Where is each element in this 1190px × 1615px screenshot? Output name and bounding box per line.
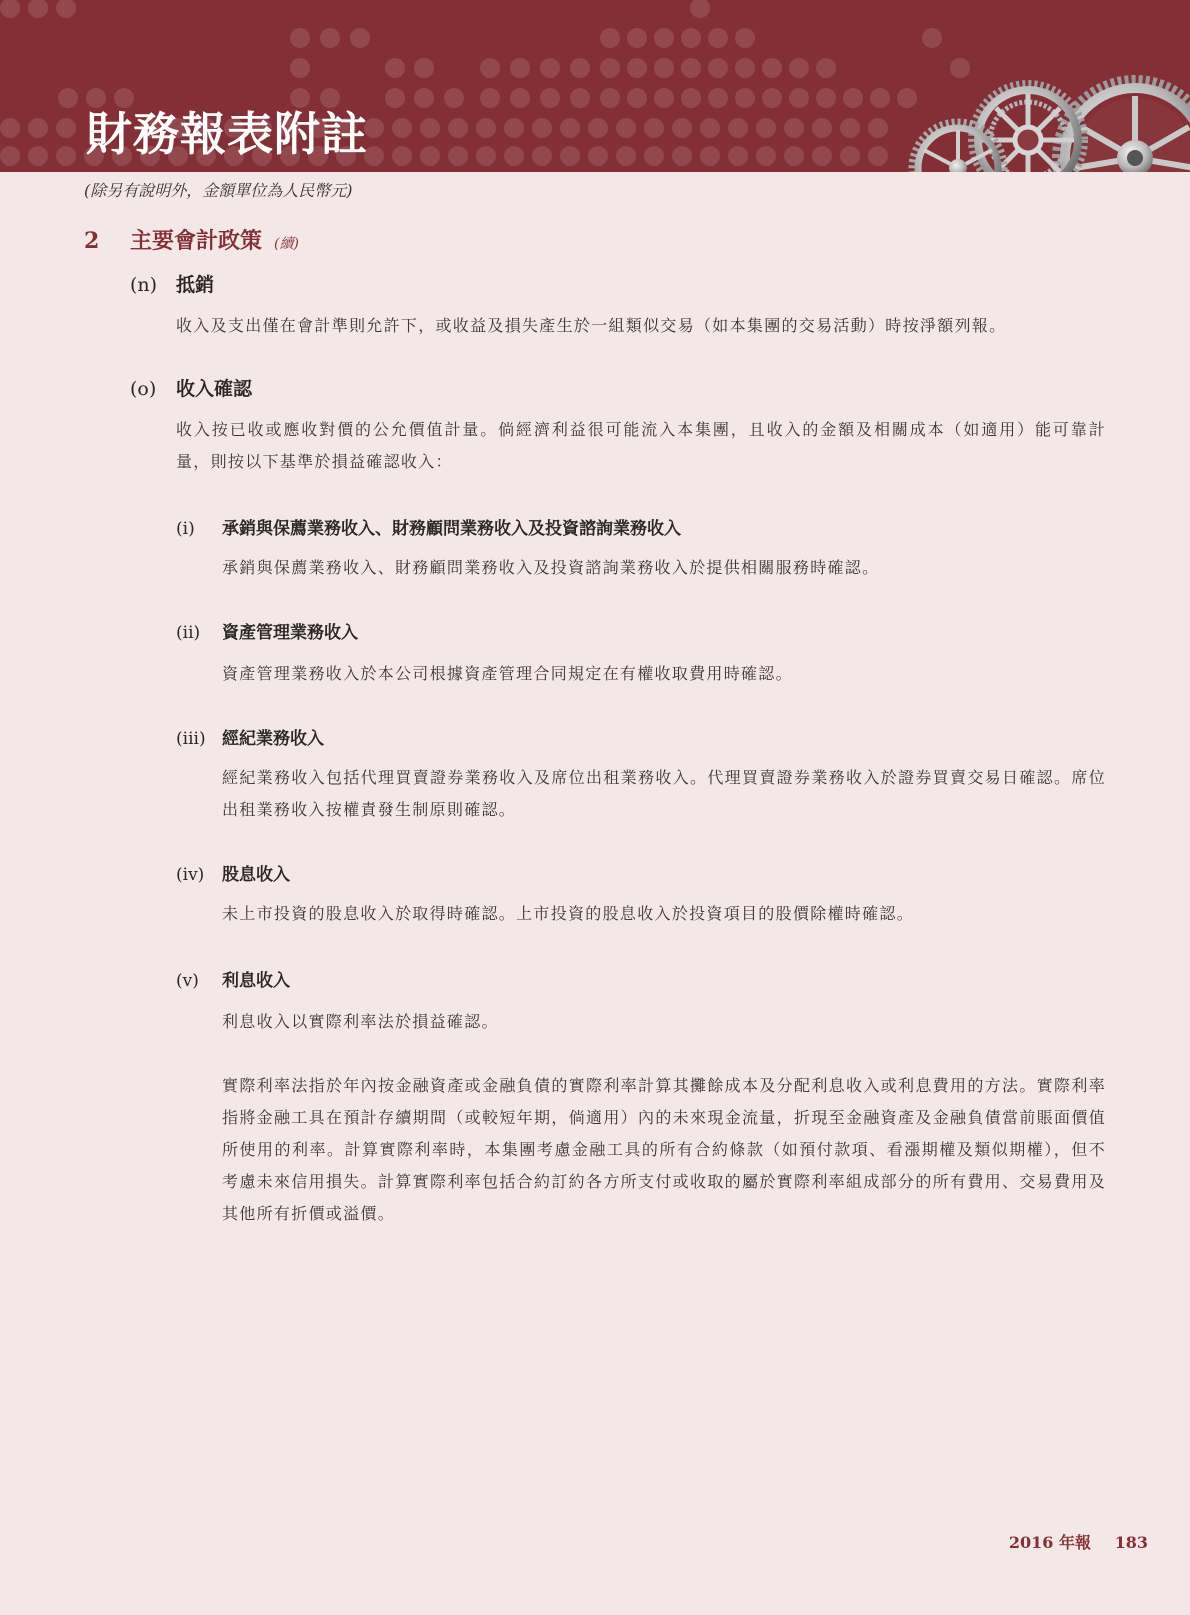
subsection-label: (n) [130, 274, 176, 296]
paragraph: 收入及支出僅在會計準則允許下，或收益及損失產生於一組類似交易（如本集團的交易活動… [176, 310, 1116, 342]
page-number: 183 [1115, 1533, 1148, 1552]
item-heading-v: (v) 利息收入 [176, 966, 290, 991]
item-title: 資產管理業務收入 [222, 618, 358, 643]
paragraph: 經紀業務收入包括代理買賣證券業務收入及席位出租業務收入。代理買賣證券業務收入於證… [222, 762, 1106, 826]
currency-unit-note: (除另有說明外，金額單位為人民幣元) [84, 178, 353, 201]
header-banner: 財務報表附註 [0, 0, 1190, 172]
item-label: (iv) [176, 865, 222, 885]
item-label: (v) [176, 971, 222, 991]
item-title: 股息收入 [222, 860, 290, 885]
page-title: 財務報表附註 [86, 104, 368, 164]
report-name: 2016 年報 [1009, 1533, 1091, 1552]
page-footer: 2016 年報 183 [1009, 1530, 1148, 1553]
subsection-title: 收入確認 [176, 374, 252, 401]
item-heading-iv: (iv) 股息收入 [176, 860, 290, 885]
item-label: (ii) [176, 623, 222, 643]
paragraph: 承銷與保薦業務收入、財務顧問業務收入及投資諮詢業務收入於提供相關服務時確認。 [222, 552, 1112, 584]
item-title: 經紀業務收入 [222, 724, 324, 749]
paragraph: 實際利率法指於年內按金融資產或金融負債的實際利率計算其攤餘成本及分配利息收入或利… [222, 1070, 1106, 1230]
paragraph: 未上市投資的股息收入於取得時確認。上市投資的股息收入於投資項目的股價除權時確認。 [222, 898, 1112, 930]
subsection-title: 抵銷 [176, 270, 214, 297]
paragraph: 收入按已收或應收對價的公允價值計量。倘經濟利益很可能流入本集團，且收入的金額及相… [176, 414, 1106, 478]
item-heading-iii: (iii) 經紀業務收入 [176, 724, 324, 749]
subsection-heading-o: (o) 收入確認 [130, 374, 252, 401]
item-label: (i) [176, 519, 222, 539]
item-heading-i: (i) 承銷與保薦業務收入、財務顧問業務收入及投資諮詢業務收入 [176, 514, 681, 539]
section-heading: 2 主要會計政策 (續) [84, 224, 299, 255]
section-number: 2 [84, 228, 130, 254]
continued-label: (續) [274, 233, 299, 253]
subsection-label: (o) [130, 378, 176, 400]
gears-illustration [900, 40, 1190, 172]
item-title: 承銷與保薦業務收入、財務顧問業務收入及投資諮詢業務收入 [222, 514, 681, 539]
item-heading-ii: (ii) 資產管理業務收入 [176, 618, 358, 643]
item-label: (iii) [176, 729, 222, 749]
item-title: 利息收入 [222, 966, 290, 991]
subsection-heading-n: (n) 抵銷 [130, 270, 214, 297]
paragraph: 資產管理業務收入於本公司根據資產管理合同規定在有權收取費用時確認。 [222, 658, 1112, 690]
paragraph: 利息收入以實際利率法於損益確認。 [222, 1006, 1112, 1038]
section-title: 主要會計政策 [130, 224, 262, 255]
